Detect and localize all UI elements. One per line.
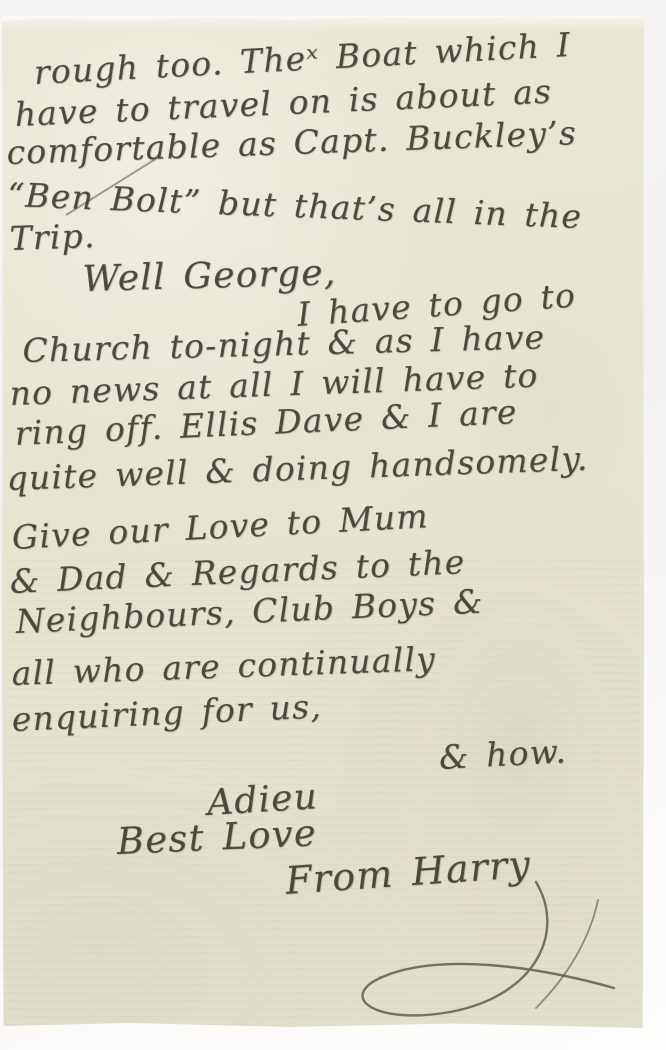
letter-line: Trip.	[9, 219, 96, 255]
letter-photograph: rough too. Theˣ Boat which I have to tra…	[0, 0, 666, 1050]
letter-line: & how.	[438, 734, 568, 774]
letter-line: quite well & doing handsomely.	[6, 442, 589, 495]
signature-name: From Harry	[284, 845, 532, 900]
closing-best-love: Best Love	[116, 814, 318, 860]
letter-line: enquiring for us,	[11, 689, 322, 736]
signature-flourish	[268, 880, 638, 1040]
letter-line: all who are continually	[11, 642, 436, 690]
handwritten-text: rough too. Theˣ Boat which I have to tra…	[0, 0, 666, 1050]
salutation-line: Well George,	[82, 255, 337, 298]
